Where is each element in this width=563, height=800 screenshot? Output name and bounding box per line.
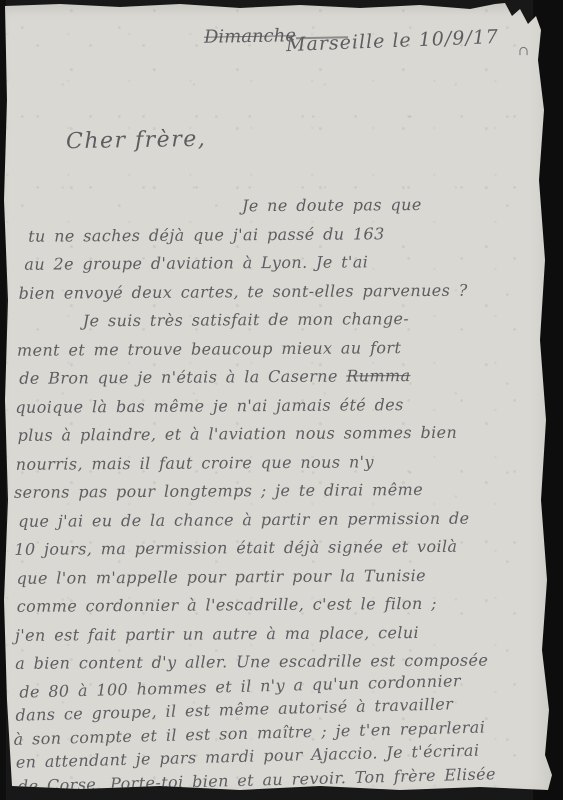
letter-line: ment et me trouve beaucoup mieux au fort [11, 337, 541, 369]
letter-salutation: Cher frère, [66, 127, 207, 154]
letter-line: Je suis très satisfait de mon change- [11, 308, 541, 340]
letter-line: Je ne doute pas que [10, 194, 540, 226]
letter-line: serons pas pour longtemps ; je te dirai … [12, 479, 542, 511]
letter-body: Je ne doute pas quetu ne saches déjà que… [10, 194, 544, 800]
letter-line: comme cordonnier à l'escadrille, c'est l… [13, 593, 543, 625]
letter-line: tu ne saches déjà que j'ai passé du 163 [10, 223, 540, 255]
letter-line: que j'ai eu de la chance à partir en per… [12, 508, 542, 540]
letter-line: bien envoyé deux cartes, te sont-elles p… [11, 280, 541, 312]
letter-line: au 2e groupe d'aviation à Lyon. Je t'ai [10, 251, 540, 283]
letter-place-date: Marseille le 10/9/17 [286, 26, 500, 56]
letter-line: nourris, mais il faut croire que nous n'… [12, 451, 542, 483]
struck-word: Rumma [346, 366, 410, 385]
letter-line: quoique là bas même je n'ai jamais été d… [11, 394, 541, 426]
letter-line: 10 jours, ma permission était déjà signé… [12, 536, 542, 568]
letter-line: j'en est fait partir un autre à ma place… [13, 622, 543, 654]
letter-paper: Dimanche Marseille le 10/9/17 ∩ Cher frè… [0, 0, 563, 800]
pen-flourish-mark: ∩ [518, 44, 529, 59]
letter-line: plus à plaindre, et à l'aviation nous so… [11, 422, 541, 454]
letter-line: de Bron que je n'étais à la Caserne Rumm… [11, 365, 541, 397]
letter-line: que l'on m'appelle pour partir pour la T… [12, 565, 542, 597]
letter-day: Dimanche [204, 25, 296, 48]
